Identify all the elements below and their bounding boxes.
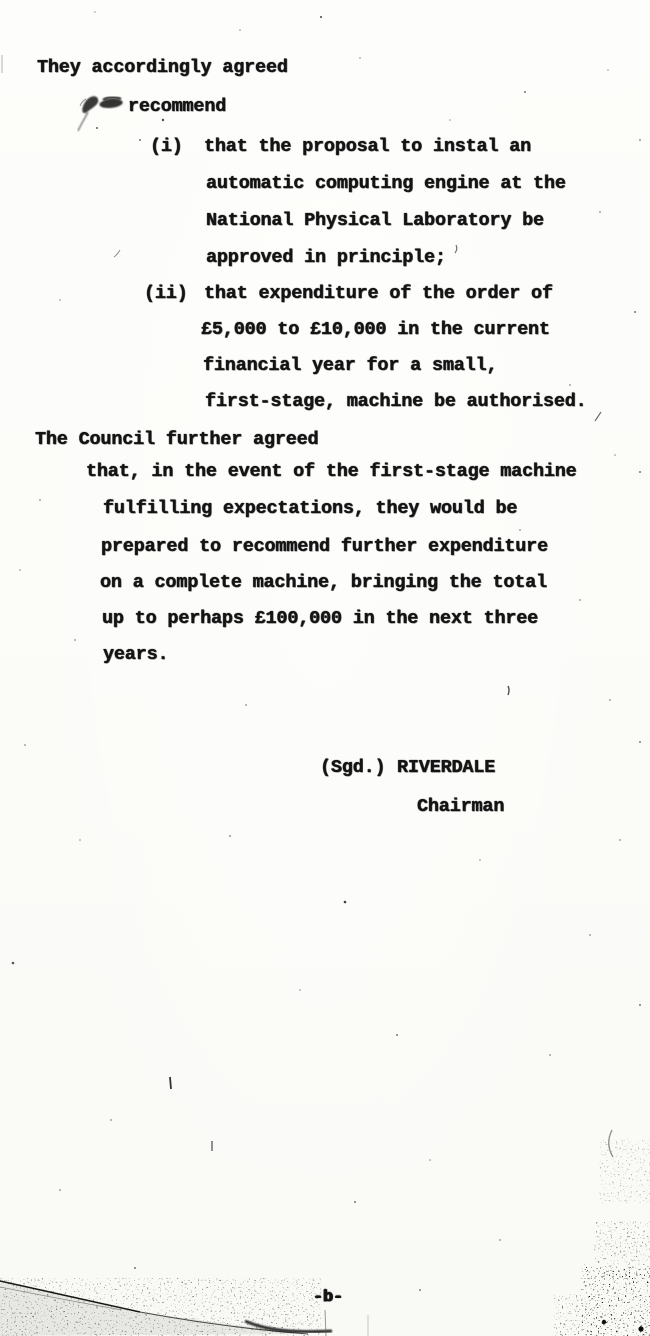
- council-line: The Council further agreed: [35, 429, 318, 450]
- scan-speckle-corner: [557, 1142, 650, 1336]
- council-paragraph-line: on a complete machine, bringing the tota…: [100, 572, 547, 593]
- ink-smudge-mark: [78, 96, 123, 131]
- signature-sgd: (Sgd.): [320, 757, 385, 778]
- resolution-i-line: that the proposal to instal an: [204, 136, 531, 157]
- resolution-i-line: automatic computing engine at the: [206, 173, 566, 194]
- council-paragraph-line: fulfilling expectations, they would be: [103, 498, 517, 519]
- council-paragraph-line: years.: [103, 644, 168, 665]
- signature-title: Chairman: [417, 796, 504, 817]
- scan-streak: [325, 1310, 326, 1336]
- resolution-ii-marker: (ii): [144, 283, 188, 304]
- scan-artifacts-layer: [0, 0, 650, 1336]
- council-paragraph-line: that, in the event of the first-stage ma…: [86, 461, 577, 482]
- paper-grain-noise: [0, 0, 650, 1336]
- page-number: -b-: [313, 1287, 343, 1308]
- resolution-i-line: National Physical Laboratory be: [206, 210, 544, 231]
- resolution-ii-line: financial year for a small,: [203, 355, 497, 376]
- resolution-i-marker: (i): [150, 136, 183, 157]
- scan-speckle-noise: [2, 11, 641, 1291]
- resolution-ii-line: first-stage, machine be authorised.: [205, 391, 587, 412]
- paper-fold-crease: [0, 1281, 332, 1336]
- opening-line: They accordingly agreed: [37, 57, 288, 78]
- council-paragraph-line: prepared to recommend further expenditur…: [101, 536, 548, 557]
- scan-curve-mark: [609, 1130, 613, 1157]
- scanned-document-page: They accordingly agreed recommend (i) th…: [0, 0, 650, 1336]
- recommend-line: recommend: [128, 96, 226, 117]
- signature-name: RIVERDALE: [397, 757, 495, 778]
- council-paragraph-line: up to perhaps £100,000 in the next three: [102, 608, 538, 629]
- resolution-ii-line: that expenditure of the order of: [204, 283, 553, 304]
- resolution-i-line: approved in principle;: [206, 247, 446, 268]
- resolution-ii-line: £5,000 to £10,000 in the current: [201, 319, 550, 340]
